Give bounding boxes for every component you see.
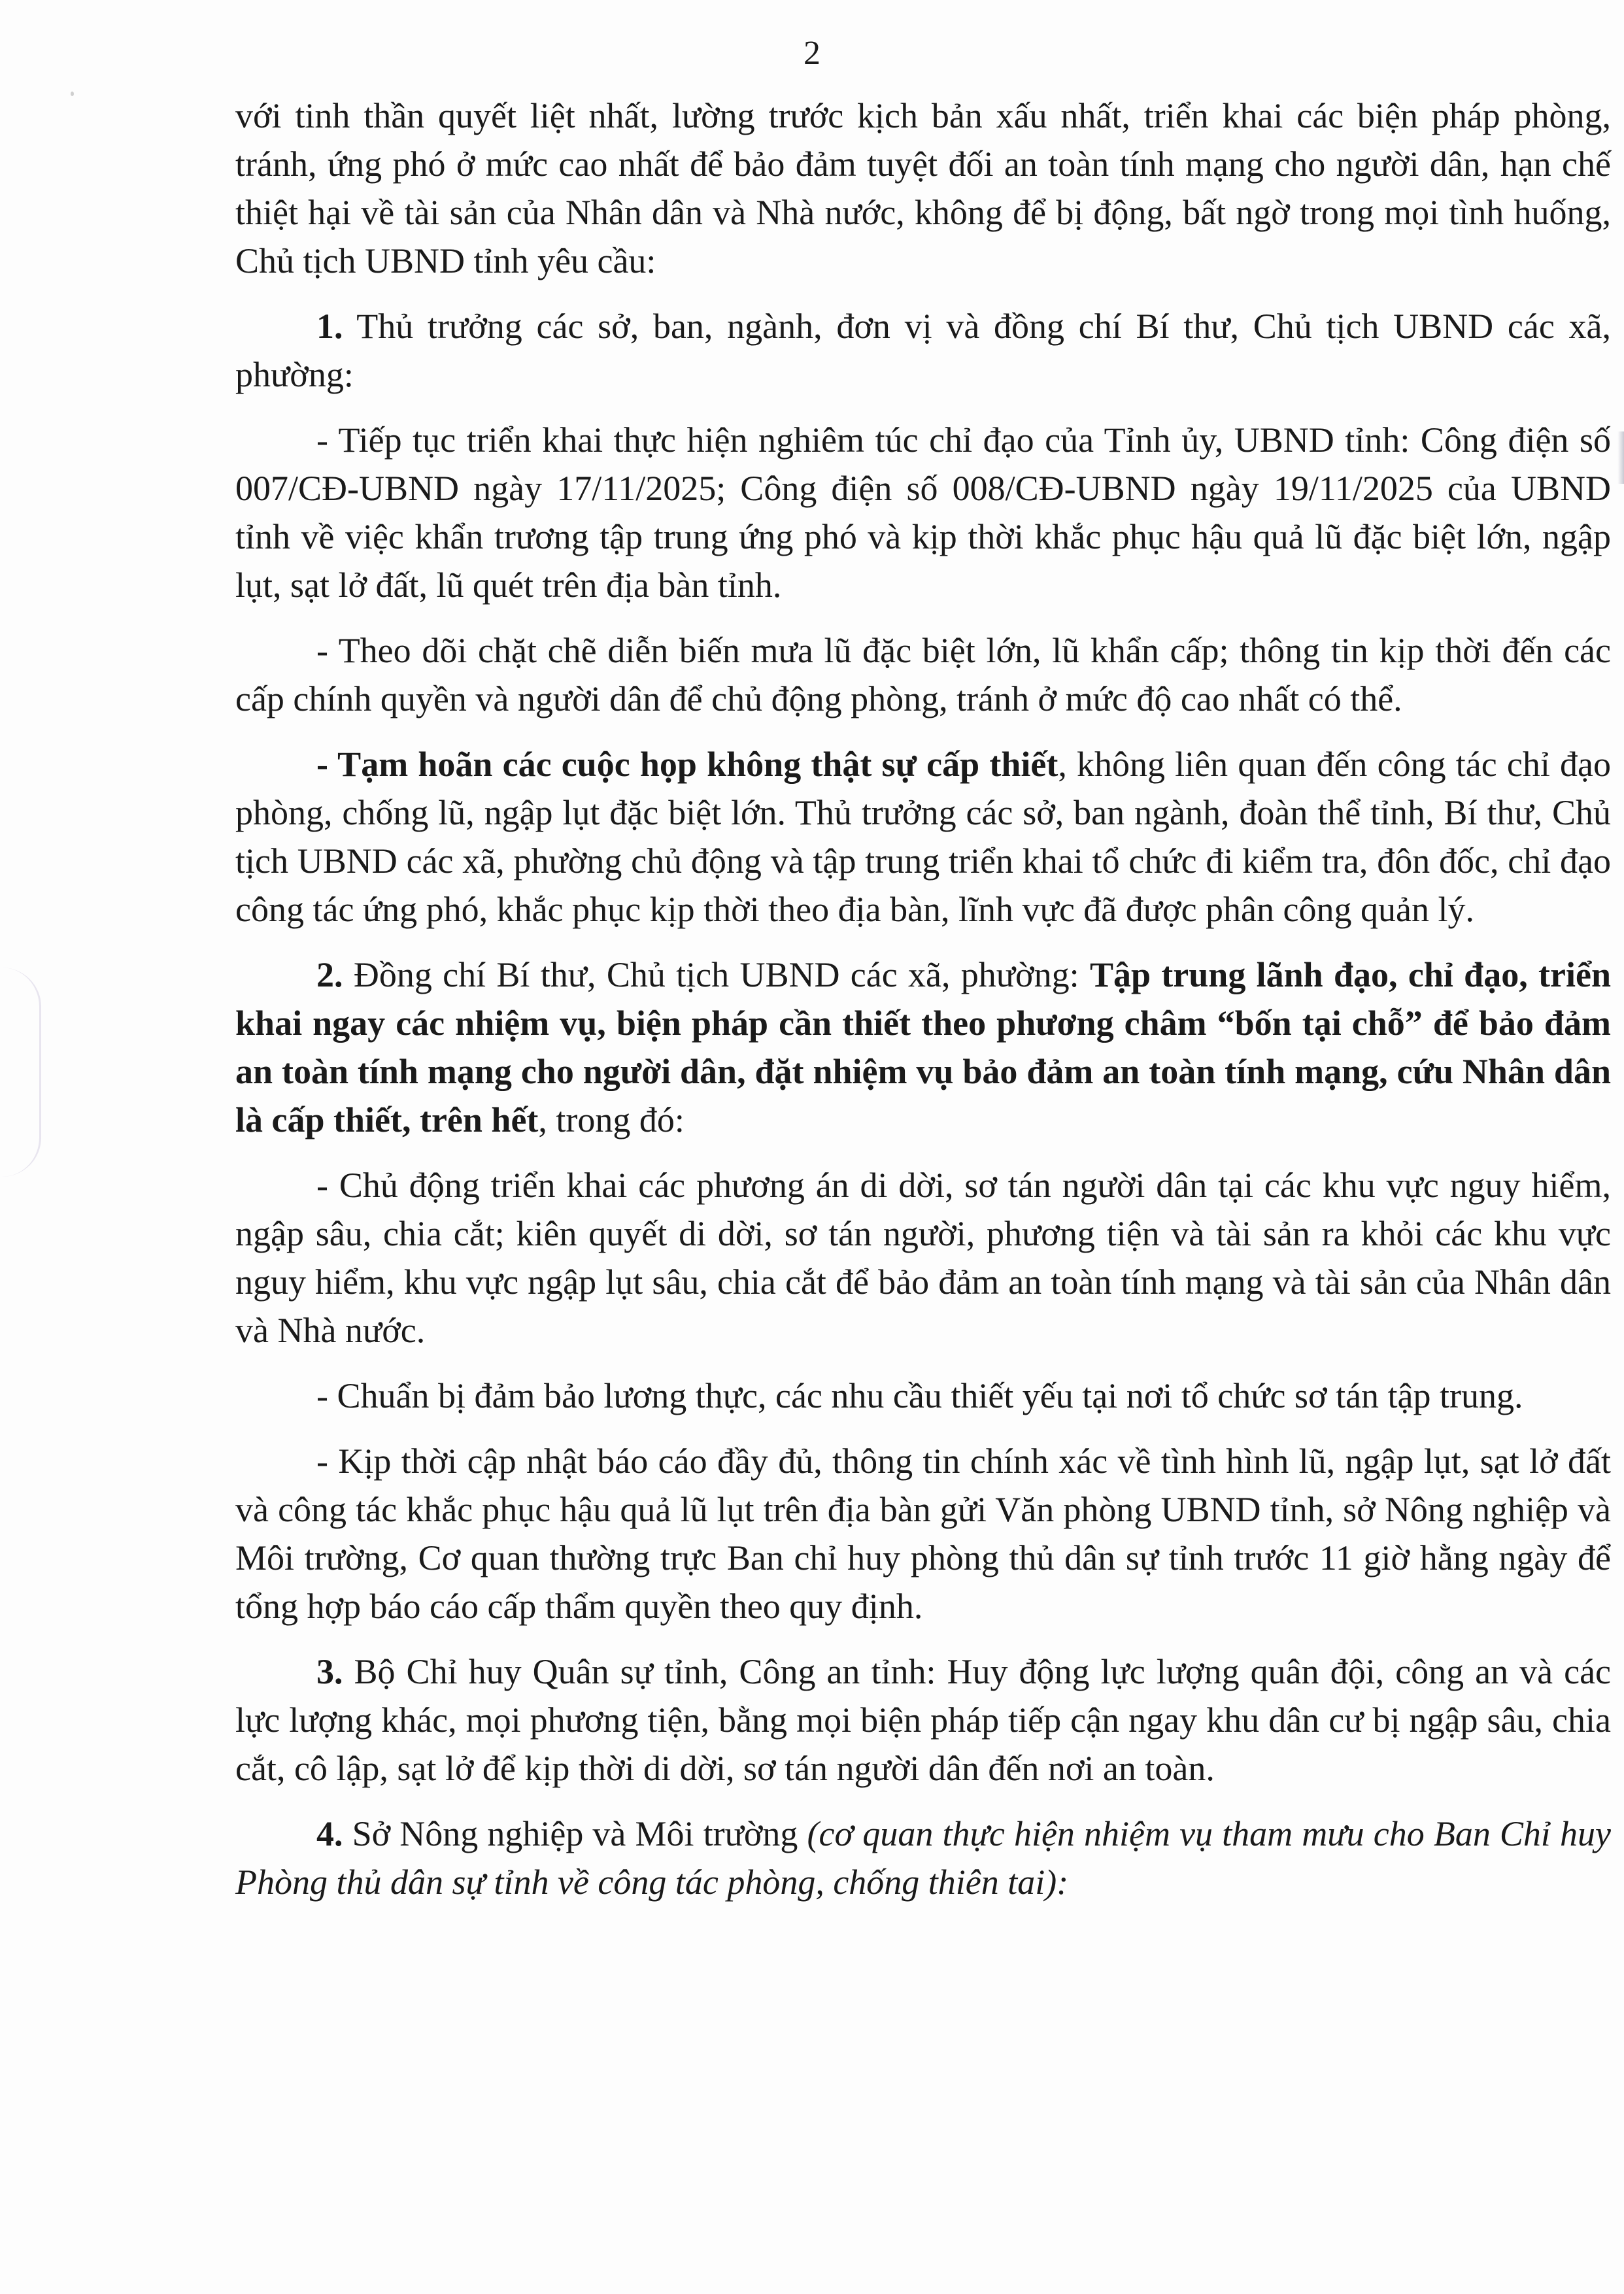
- bullet-bold-lead: - Tạm hoãn các cuộc họp không thật sự cấ…: [316, 745, 1058, 784]
- document-page: 2 với tinh thần quyết liệt nhất, lường t…: [0, 0, 1624, 2294]
- section-1-bullet: - Theo dõi chặt chẽ diễn biến mưa lũ đặc…: [235, 626, 1611, 723]
- section-3-text: Bộ Chỉ huy Quân sự tỉnh, Công an tỉnh: H…: [235, 1652, 1611, 1788]
- scan-speck: [71, 92, 74, 96]
- page-number: 2: [0, 34, 1624, 73]
- scan-edge-mark: [1617, 431, 1624, 484]
- section-1-bullet: - Tiếp tục triển khai thực hiện nghiêm t…: [235, 416, 1611, 609]
- section-3-label: 3.: [316, 1652, 343, 1691]
- section-4-text: Sở Nông nghiệp và Môi trường: [343, 1814, 807, 1853]
- section-1-label: 1.: [316, 307, 343, 346]
- document-body: với tinh thần quyết liệt nhất, lường trư…: [235, 92, 1611, 1923]
- section-1-bullet: - Tạm hoãn các cuộc họp không thật sự cấ…: [235, 740, 1611, 934]
- section-2-heading-tail: , trong đó:: [538, 1100, 685, 1139]
- section-2-bullet: - Chủ động triển khai các phương án di d…: [235, 1161, 1611, 1355]
- section-2-label: 2.: [316, 955, 343, 994]
- section-2-bullet: - Chuẩn bị đảm bảo lương thực, các nhu c…: [235, 1372, 1611, 1420]
- intro-paragraph: với tinh thần quyết liệt nhất, lường trư…: [235, 92, 1611, 285]
- section-4-paragraph: 4. Sở Nông nghiệp và Môi trường (cơ quan…: [235, 1810, 1611, 1906]
- stamp-remnant: [0, 968, 41, 1177]
- section-2-heading: 2. Đồng chí Bí thư, Chủ tịch UBND các xã…: [235, 951, 1611, 1144]
- section-4-label: 4.: [316, 1814, 343, 1853]
- section-1-heading: 1. Thủ trưởng các sở, ban, ngành, đơn vị…: [235, 302, 1611, 399]
- section-2-heading-plain: Đồng chí Bí thư, Chủ tịch UBND các xã, p…: [343, 955, 1090, 994]
- section-2-bullet: - Kịp thời cập nhật báo cáo đầy đủ, thôn…: [235, 1437, 1611, 1630]
- section-1-heading-text: Thủ trưởng các sở, ban, ngành, đơn vị và…: [235, 307, 1611, 394]
- section-3-paragraph: 3. Bộ Chỉ huy Quân sự tỉnh, Công an tỉnh…: [235, 1647, 1611, 1793]
